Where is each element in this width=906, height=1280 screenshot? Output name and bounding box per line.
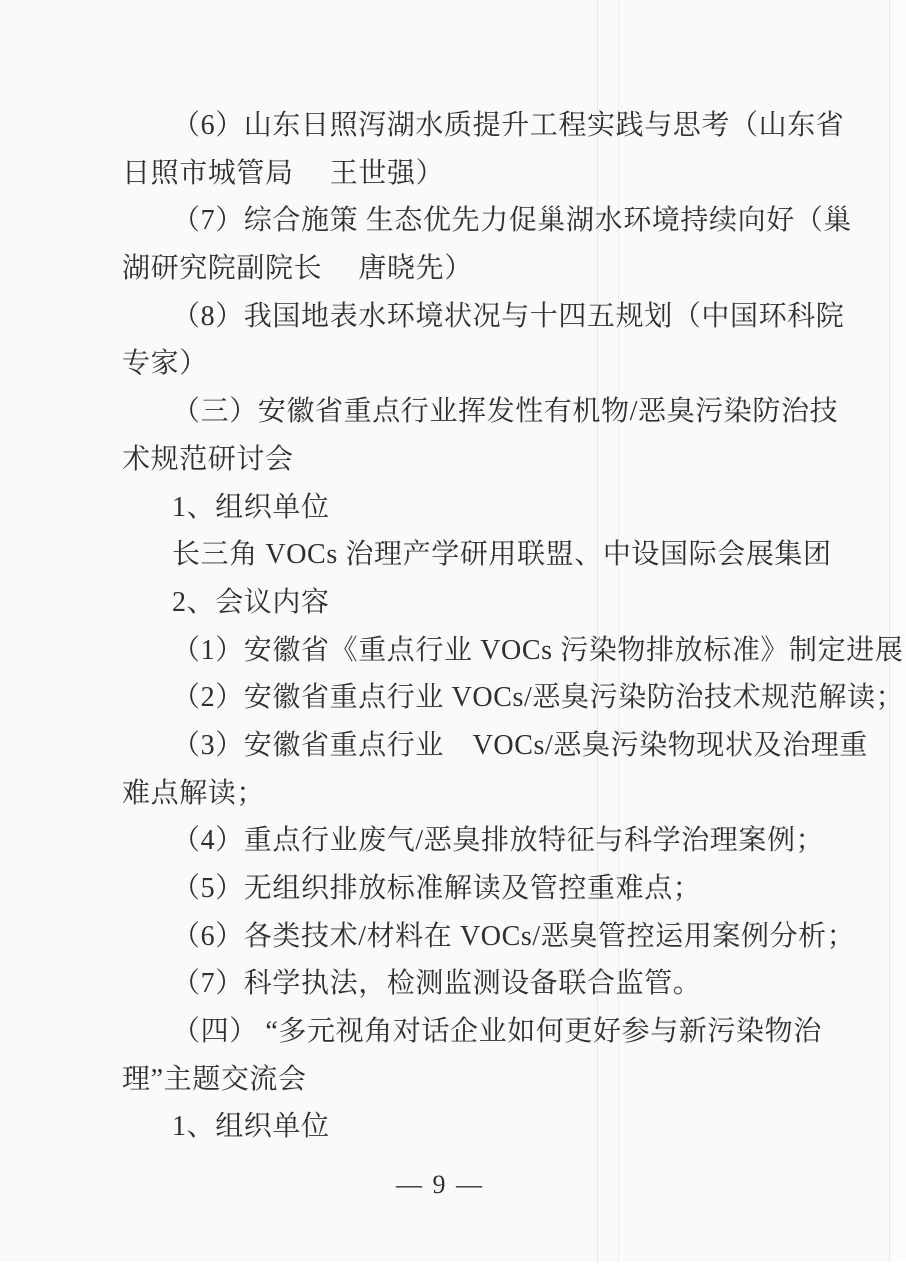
text-line: 理”主题交流会 xyxy=(122,1056,812,1104)
text-line: 2、会议内容 xyxy=(122,579,812,627)
text-line: 1、组织单位 xyxy=(122,484,812,532)
text-line: （2）安徽省重点行业 VOCs/恶臭污染防治技术规范解读； xyxy=(122,674,812,722)
text-line: （3）安徽省重点行业 VOCs/恶臭污染物现状及治理重 xyxy=(122,722,812,770)
document-text-block: （6）山东日照泻湖水质提升工程实践与思考（山东省 日照市城管局 王世强） （7）… xyxy=(122,102,812,1151)
scan-right-edge xyxy=(890,0,906,1262)
text-line: （四） “多元视角对话企业如何更好参与新污染物治 xyxy=(122,1008,812,1056)
text-line: （8）我国地表水环境状况与十四五规划（中国环科院 xyxy=(122,293,812,341)
text-line: （4）重点行业废气/恶臭排放特征与科学治理案例； xyxy=(122,817,812,865)
text-line: 1、组织单位 xyxy=(122,1103,812,1151)
text-line: 难点解读； xyxy=(122,770,812,818)
text-line: 日照市城管局 王世强） xyxy=(122,150,812,198)
text-line: （1）安徽省《重点行业 VOCs 污染物排放标准》制定进展； xyxy=(122,627,812,675)
text-line: 术规范研讨会 xyxy=(122,436,812,484)
scan-bottom-edge xyxy=(0,1262,906,1280)
text-line: 长三角 VOCs 治理产学研用联盟、中设国际会展集团 xyxy=(122,531,812,579)
document-page: （6）山东日照泻湖水质提升工程实践与思考（山东省 日照市城管局 王世强） （7）… xyxy=(0,0,906,1280)
text-line: （7）综合施策 生态优先力促巢湖水环境持续向好（巢 xyxy=(122,197,812,245)
text-line: （三）安徽省重点行业挥发性有机物/恶臭污染防治技 xyxy=(122,388,812,436)
text-line: 专家） xyxy=(122,340,812,388)
text-line: （6）山东日照泻湖水质提升工程实践与思考（山东省 xyxy=(122,102,812,150)
page-number: — 9 — xyxy=(0,1170,880,1200)
text-line: （6）各类技术/材料在 VOCs/恶臭管控运用案例分析； xyxy=(122,913,812,961)
text-line: （7）科学执法，检测监测设备联合监管。 xyxy=(122,960,812,1008)
text-line: （5）无组织排放标准解读及管控重难点； xyxy=(122,865,812,913)
text-line: 湖研究院副院长 唐晓先） xyxy=(122,245,812,293)
